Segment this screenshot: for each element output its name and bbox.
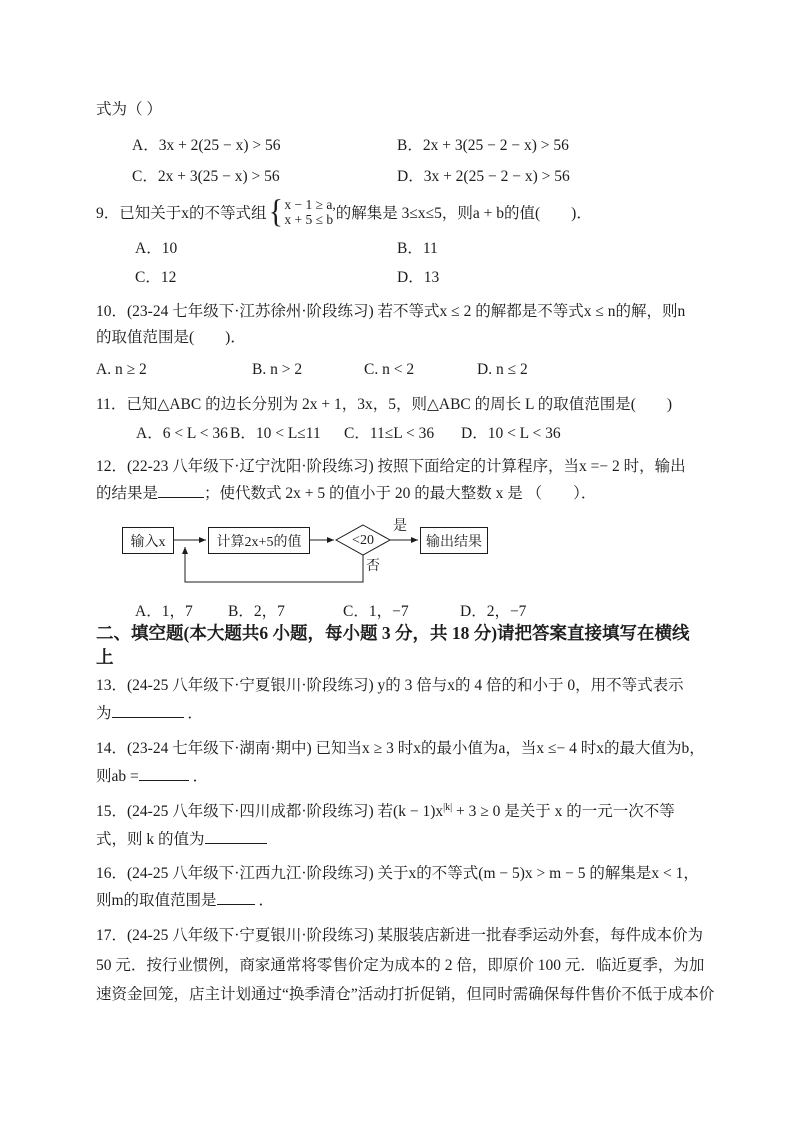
q8-option-d: D．3x + 2(25 − 2 − x) > 56 xyxy=(397,166,570,188)
q16-line2: 则m的取值范围是 ． xyxy=(96,890,274,912)
system-brace: { xyxy=(268,197,282,227)
q17-line1: 17．(24-25 八年级下·宁夏银川·阶段练习) 某服装店新进一批春季运动外套… xyxy=(96,925,703,947)
q9-suffix: 的解集是 3≤x≤5，则a + b的值( )． xyxy=(336,201,592,223)
worksheet-page: 式为（ ） A．3x + 2(25 − x) > 56 B．2x + 3(25 … xyxy=(0,0,793,1122)
q8-option-a: A．3x + 2(25 − x) > 56 xyxy=(132,135,281,157)
q9-options-row1: A．10 B．11 xyxy=(96,238,706,260)
q11-option-b: B．10 < L≤11 xyxy=(230,423,321,445)
q9-options-row2: C．12 D．13 xyxy=(96,267,706,289)
q11-line1: 11．已知△ABC 的边长分别为 2x + 1，3x，5，则△ABC 的周长 L… xyxy=(96,394,672,416)
q14-line2-post: ． xyxy=(193,768,209,785)
q12-option-a: A．1，7 xyxy=(135,601,193,623)
q15-line2-pre: 式，则 k 的值为 xyxy=(96,831,205,848)
answer-blank-q15 xyxy=(205,829,267,844)
q12-option-b: B．2，7 xyxy=(228,601,285,623)
q8-option-c: C．2x + 3(25 − x) > 56 xyxy=(132,166,280,188)
q9-option-b: B．11 xyxy=(397,238,438,260)
q13-line1: 13．(24-25 八年级下·宁夏银川·阶段练习) y的 3 倍与x的 4 倍的… xyxy=(96,675,684,697)
flowchart-no-label: 否 xyxy=(366,559,380,575)
flowchart-yes-label: 是 xyxy=(393,519,407,535)
flowchart-input-box: 输入x xyxy=(122,527,174,554)
answer-blank-q12 xyxy=(158,483,204,498)
q14-line2-pre: 则ab = xyxy=(96,768,139,785)
q9-option-d: D．13 xyxy=(397,267,439,289)
q17-line3: 速资金回笼，店主计划通过“换季清仓”活动打折促销，但同时需确保每件售价不低于成本… xyxy=(96,984,714,1006)
q13-line2-post: ． xyxy=(187,705,203,722)
q16-line2-pre: 则m的取值范围是 xyxy=(96,892,217,909)
flowchart-output-box: 输出结果 xyxy=(420,527,488,554)
q16-line2-post: ． xyxy=(258,892,274,909)
q8-options-row2: C．2x + 3(25 − x) > 56 D．3x + 2(25 − 2 − … xyxy=(96,166,706,188)
q12-line2: 的结果是；使代数式 2x + 5 的值小于 20 的最大整数 x 是 （ ）． xyxy=(96,483,596,505)
q12-flowchart: 输入x 计算2x+5的值 输出结果 <20 是 否 xyxy=(0,518,793,590)
q8-option-b: B．2x + 3(25 − 2 − x) > 56 xyxy=(397,135,569,157)
q8-options-row1: A．3x + 2(25 − x) > 56 B．2x + 3(25 − 2 − … xyxy=(96,135,706,157)
q11-option-c: C．11≤L < 36 xyxy=(344,423,434,445)
section2-heading-line1: 二、填空题(本大题共6 小题，每小题 3 分，共 18 分)请把答案直接填写在横… xyxy=(96,621,690,645)
answer-blank-q14 xyxy=(139,766,189,781)
q10-option-d: D. n ≤ 2 xyxy=(477,359,528,381)
section2-heading-line2: 上 xyxy=(96,645,114,669)
q10-line2: 的取值范围是( )． xyxy=(96,327,246,349)
q15-line2: 式，则 k 的值为 xyxy=(96,829,267,851)
q14-line2: 则ab = ． xyxy=(96,766,208,788)
q11-option-a: A．6 < L < 36 xyxy=(136,423,228,445)
q17-line2: 50 元．按行业惯例，商家通常将零售价定为成本的 2 倍，即原价 100 元．临… xyxy=(96,955,704,977)
q14-line1: 14．(23-24 七年级下·湖南·期中) 已知当x ≥ 3 时x的最小值为a，… xyxy=(96,738,705,760)
q11-options-row: A．6 < L < 36 B．10 < L≤11 C．11≤L < 36 D．1… xyxy=(96,423,706,445)
q16-line1: 16．(24-25 八年级下·江西九江·阶段练习) 关于x的不等式(m − 5)… xyxy=(96,863,699,885)
q13-line2: 为 ． xyxy=(96,703,203,725)
q8-stem-tail: 式为（ ） xyxy=(96,99,162,121)
flowchart-compute-box: 计算2x+5的值 xyxy=(208,527,310,554)
flowchart-condition-label: <20 xyxy=(336,533,390,549)
q10-option-c: C. n < 2 xyxy=(364,359,414,381)
q9-prefix: 9．已知关于x的不等式组 xyxy=(96,201,267,223)
q15-line1-pre: 15．(24-25 八年级下·四川成都·阶段练习) 若(k − 1)x xyxy=(96,803,443,820)
q10-option-b: B. n > 2 xyxy=(252,359,302,381)
q9-system-bottom: x + 5 ≤ b xyxy=(284,212,335,227)
q10-option-a: A. n ≥ 2 xyxy=(96,359,147,381)
q12-options-row: A．1，7 B．2，7 C．1，−7 D．2，−7 xyxy=(96,601,706,623)
q12-line1: 12．(22-23 八年级下·辽宁沈阳·阶段练习) 按照下面给定的计算程序，当x… xyxy=(96,456,686,478)
q9-option-c: C．12 xyxy=(135,267,176,289)
q12-option-d: D．2，−7 xyxy=(460,601,526,623)
q12-line2-pre: 的结果是 xyxy=(96,485,158,502)
q10-options-row: A. n ≥ 2 B. n > 2 C. n < 2 D. n ≤ 2 xyxy=(96,359,706,381)
q12-line2-post: ；使代数式 2x + 5 的值小于 20 的最大整数 x 是 （ ）． xyxy=(204,485,596,502)
q13-line2-pre: 为 xyxy=(96,705,112,722)
q11-option-d: D．10 < L < 36 xyxy=(461,423,561,445)
q15-exponent: |k| xyxy=(443,802,452,813)
q9-option-a: A．10 xyxy=(135,238,177,260)
answer-blank-q16 xyxy=(217,890,255,905)
q15-line1-post: + 3 ≥ 0 是关于 x 的一元一次不等 xyxy=(452,803,675,820)
q9-system-top: x − 1 ≥ a, xyxy=(284,197,335,212)
q12-option-c: C．1，−7 xyxy=(343,601,409,623)
q9-stem: 9．已知关于x的不等式组 { x − 1 ≥ a, x + 5 ≤ b 的解集是… xyxy=(96,194,592,230)
q9-system: x − 1 ≥ a, x + 5 ≤ b xyxy=(284,197,335,227)
answer-blank-q13 xyxy=(112,703,184,718)
q15-line1: 15．(24-25 八年级下·四川成都·阶段练习) 若(k − 1)x|k| +… xyxy=(96,801,675,823)
q10-line1: 10．(23-24 七年级下·江苏徐州·阶段练习) 若不等式x ≤ 2 的解都是… xyxy=(96,301,685,323)
